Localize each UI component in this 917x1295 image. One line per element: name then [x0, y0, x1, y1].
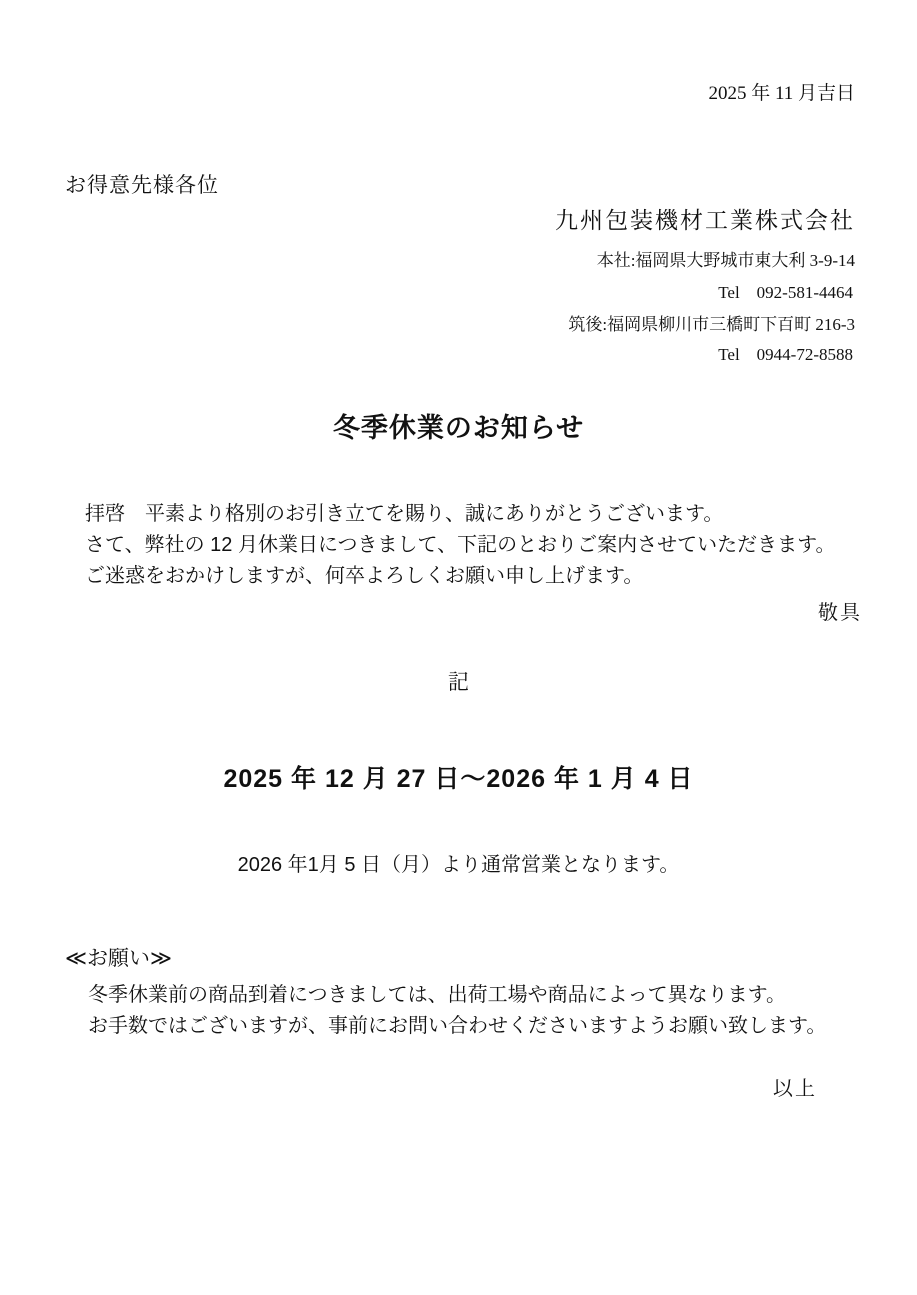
chikugo-office-tel: Tel 0944-72-8588: [718, 344, 853, 365]
business-resume-notice: 2026 年1月 5 日（月）より通常営業となります。: [0, 853, 917, 878]
apology-line: ご迷惑をおかけしますが、何卒よろしくお願い申し上げます。: [85, 564, 643, 589]
closing-keigu: 敬具: [818, 601, 862, 626]
chikugo-office-address: 筑後:福岡県柳川市三橋町下百町 216-3: [568, 314, 855, 335]
greeting-line: 拝啓 平素より格別のお引き立てを賜り、誠にありがとうございます。: [85, 502, 723, 527]
holiday-period: 2025 年 12 月 27 日～2026 年 1 月 4 日: [0, 764, 917, 795]
head-office-tel: Tel 092-581-4464: [718, 282, 853, 303]
letter-page: 2025 年 11 月吉日 お得意先様各位 九州包装機材工業株式会社 本社:福岡…: [0, 0, 917, 1295]
company-name: 九州包装機材工業株式会社: [555, 206, 855, 235]
announcement-line: さて、弊社の 12 月休業日につきまして、下記のとおりご案内させていただきます。: [85, 533, 836, 558]
request-detail-line1: 冬季休業前の商品到着につきましては、出荷工場や商品によって異なります。: [88, 983, 786, 1008]
request-heading: ≪お願い≫: [65, 946, 172, 972]
request-detail-line2: お手数ではございますが、事前にお問い合わせくださいますようお願い致します。: [88, 1014, 826, 1039]
end-marker-ijou: 以上: [773, 1077, 817, 1102]
head-office-address: 本社:福岡県大野城市東大利 3-9-14: [597, 250, 855, 271]
issue-date: 2025 年 11 月吉日: [708, 82, 855, 106]
record-marker-ki: 記: [0, 670, 917, 696]
recipient-line: お得意先様各位: [65, 173, 219, 199]
document-title: 冬季休業のお知らせ: [0, 412, 917, 446]
